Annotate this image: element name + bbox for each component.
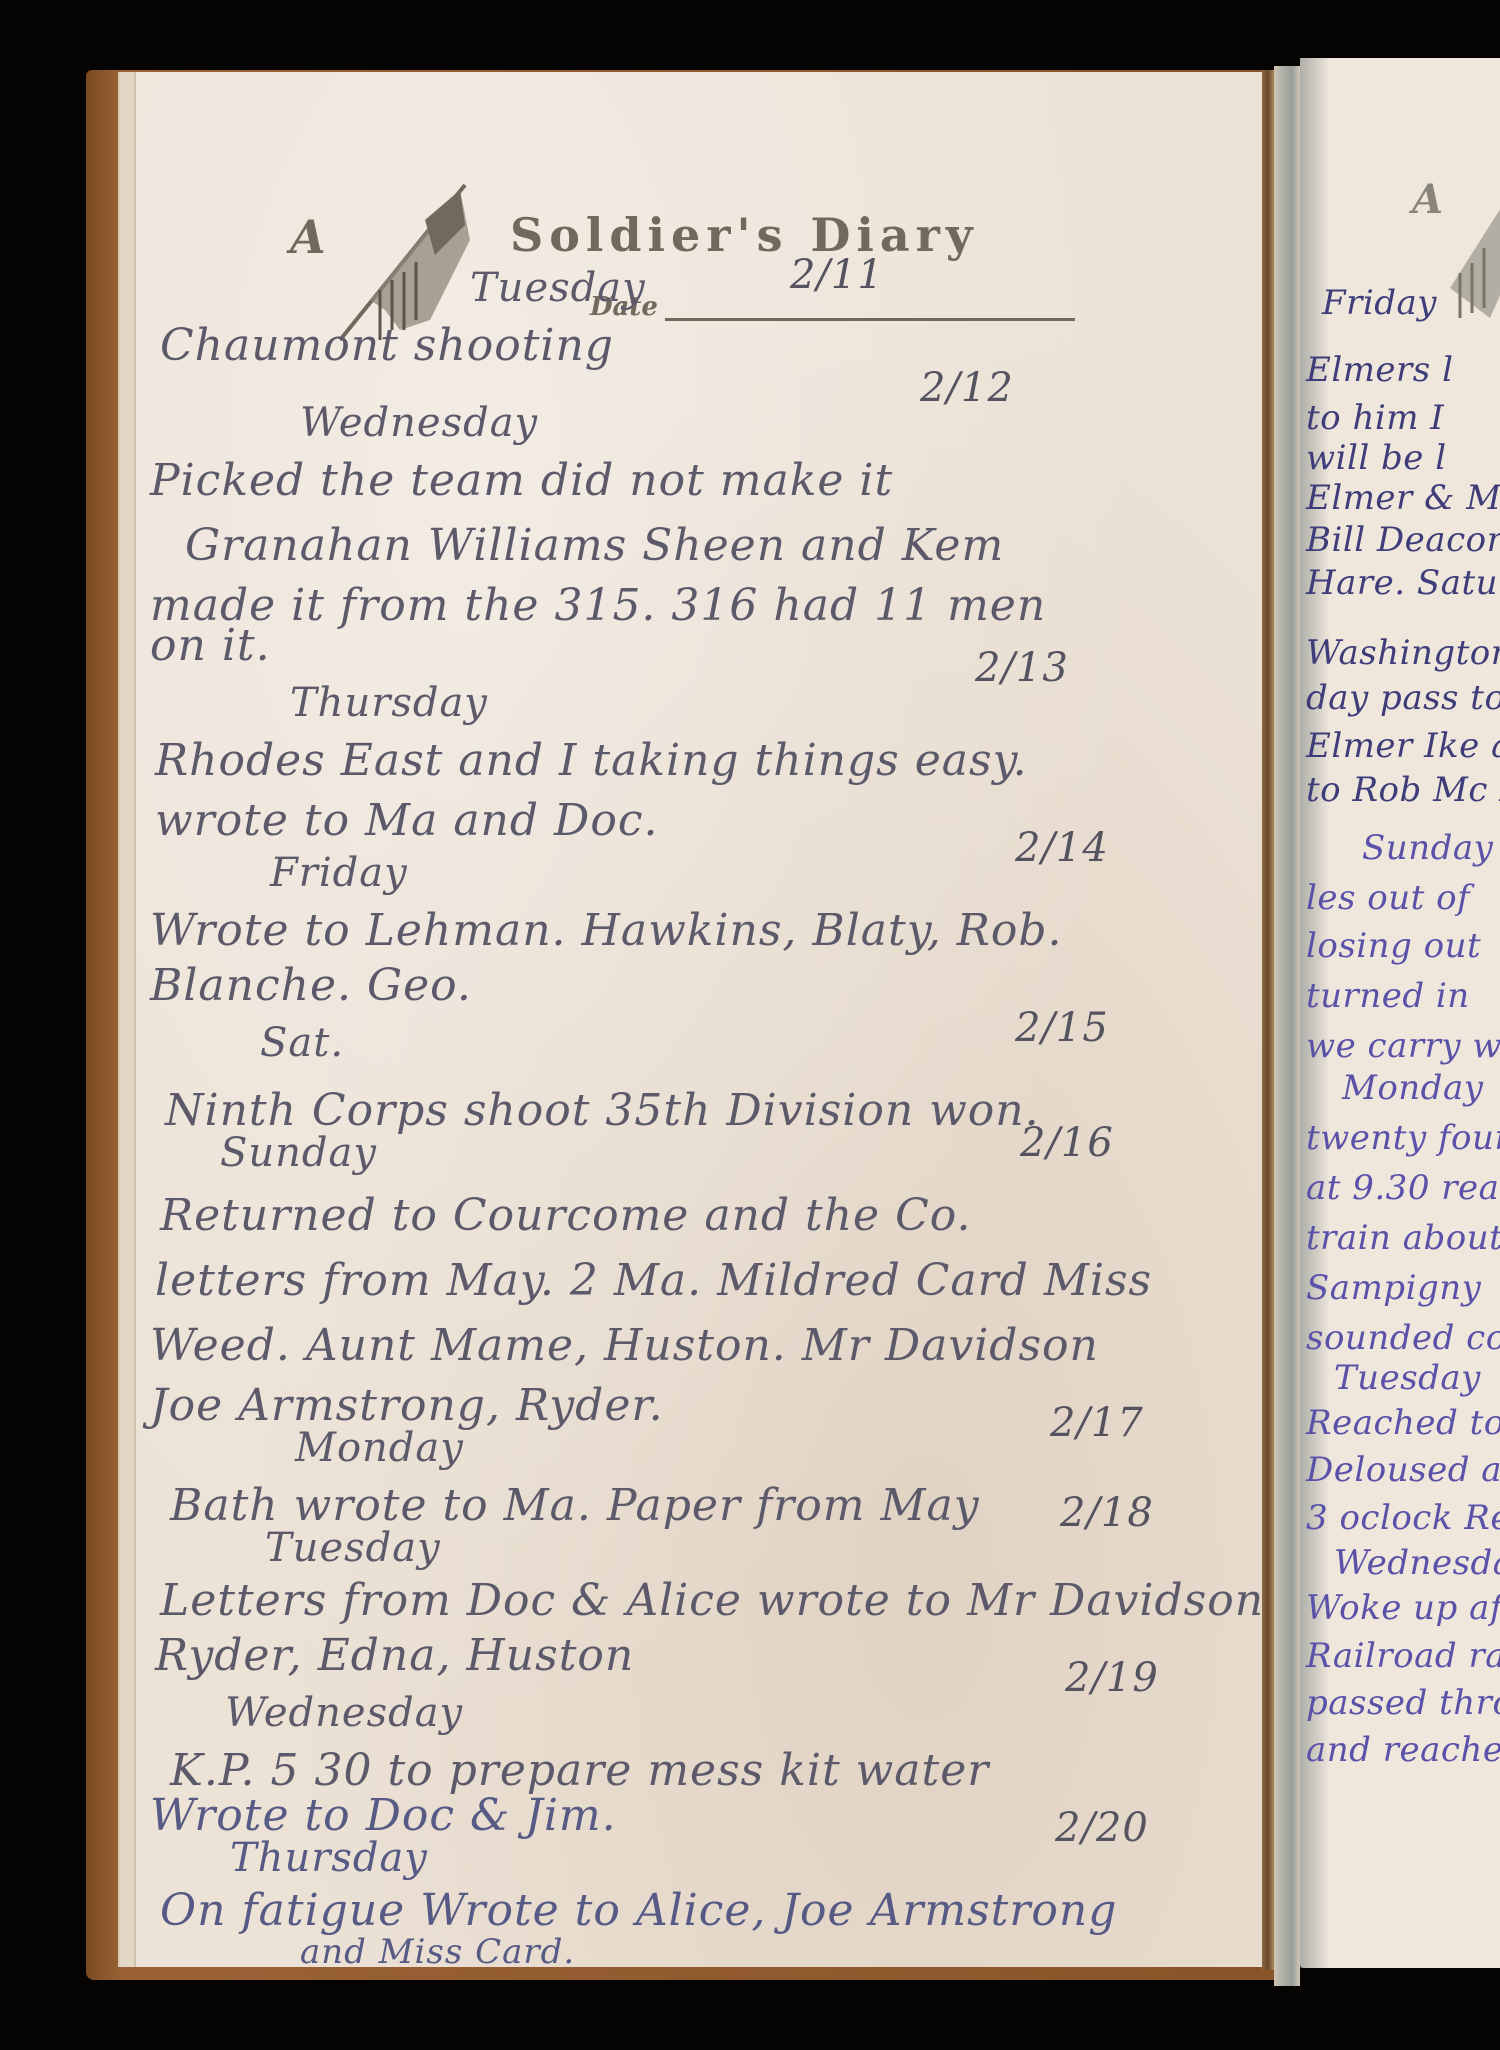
entry-date: 2/18	[1060, 1490, 1154, 1536]
entry-line: Picked the team did not make it	[150, 455, 893, 506]
right-line: Woke up afte	[1306, 1588, 1500, 1628]
right-line: Tuesday	[1334, 1358, 1481, 1398]
entry-day: Tuesday	[470, 265, 646, 311]
right-line: at 9.30 reach	[1306, 1168, 1500, 1208]
entry-line: wrote to Ma and Doc.	[155, 795, 658, 846]
entry-line: and Miss Card.	[300, 1932, 575, 1972]
entry-date: 2/20	[1055, 1805, 1149, 1851]
right-line: we carry w	[1306, 1026, 1500, 1066]
right-line: Elmers l	[1306, 350, 1453, 390]
entry-line: K.P. 5 30 to prepare mess kit water	[170, 1745, 989, 1796]
entry-day: Sunday	[220, 1130, 377, 1176]
right-line: losing out	[1306, 926, 1481, 966]
entry-line: Wrote to Doc & Jim.	[150, 1790, 617, 1841]
right-line: Hare. Satur	[1306, 563, 1500, 603]
entry-line: On fatigue Wrote to Alice, Joe Armstrong	[160, 1885, 1117, 1936]
entry-day: Monday	[295, 1425, 464, 1471]
entry-day: Sat.	[260, 1020, 344, 1066]
entry-line: Ryder, Edna, Huston	[155, 1630, 634, 1681]
right-line: to Rob Mc Ka	[1306, 770, 1500, 810]
entry-date: 2/11	[790, 252, 884, 298]
entry-day: Thursday	[230, 1835, 428, 1881]
printed-prefix: A	[1412, 176, 1443, 223]
right-page-content: A Friday Elmers l to him I will be l Elm…	[1300, 58, 1500, 1968]
entry-day: Wednesday	[225, 1690, 463, 1736]
entry-line: Joe Armstrong, Ryder.	[150, 1380, 664, 1431]
book-gutter	[1274, 66, 1300, 1986]
entry-line: Granahan Williams Sheen and Kem	[185, 520, 1004, 571]
entry-line: Blanche. Geo.	[150, 960, 472, 1011]
right-line: Washingtons	[1306, 633, 1500, 673]
printed-prefix: A	[290, 210, 326, 264]
flag-icon	[1440, 168, 1500, 328]
entry-line: Chaumont shooting	[160, 320, 614, 371]
entry-day: Thursday	[290, 680, 488, 726]
right-line: sounded com	[1306, 1318, 1500, 1358]
right-line: Friday	[1322, 283, 1437, 323]
entry-date: 2/17	[1050, 1400, 1144, 1446]
right-line: Bill Deacon	[1306, 520, 1500, 560]
entry-line: Returned to Courcome and the Co.	[160, 1190, 971, 1241]
entry-line: Wrote to Lehman. Hawkins, Blaty, Rob.	[150, 905, 1062, 956]
right-line: Sunday	[1362, 828, 1493, 868]
page-edge	[1262, 70, 1274, 1970]
right-line: Monday	[1342, 1068, 1483, 1108]
right-line: and reache	[1306, 1730, 1500, 1770]
entry-day: Wednesday	[300, 400, 538, 446]
right-line: Elmer Ike a	[1306, 726, 1500, 766]
right-line: Sampigny	[1306, 1268, 1481, 1308]
entry-line: Rhodes East and I taking things easy.	[155, 735, 1028, 786]
right-line: day pass to	[1306, 678, 1500, 718]
entry-day: Tuesday	[265, 1525, 441, 1571]
entry-line: on it.	[150, 620, 271, 671]
right-line: Deloused an	[1306, 1450, 1500, 1490]
entry-line: Letters from Doc & Alice wrote to Mr Dav…	[160, 1575, 1264, 1626]
entry-line: made it from the 315. 316 had 11 men	[150, 580, 1046, 631]
right-line: les out of	[1306, 878, 1470, 918]
entry-date: 2/14	[1015, 825, 1109, 871]
entry-line: Ninth Corps shoot 35th Division won.	[165, 1085, 1040, 1136]
right-line: twenty four	[1306, 1118, 1500, 1158]
date-line	[665, 318, 1075, 321]
right-line: will be l	[1306, 438, 1447, 478]
right-line: to him I	[1306, 398, 1444, 438]
entry-date: 2/12	[920, 365, 1014, 411]
entry-date: 2/15	[1015, 1005, 1109, 1051]
right-line: train about	[1306, 1218, 1500, 1258]
right-line: Railroad ra	[1306, 1636, 1500, 1676]
printed-title: Soldier's Diary	[510, 208, 979, 262]
right-line: passed thro	[1306, 1683, 1500, 1723]
printed-header: A Soldier's Diary Date	[280, 200, 1100, 330]
right-line: 3 oclock Re	[1306, 1498, 1500, 1538]
entry-date: 2/19	[1065, 1655, 1159, 1701]
entry-day: Friday	[270, 850, 408, 896]
right-line: turned in	[1306, 976, 1470, 1016]
right-line: Elmer & Ma	[1306, 478, 1500, 518]
entry-line: Weed. Aunt Mame, Huston. Mr Davidson	[150, 1320, 1099, 1371]
entry-line: letters from May. 2 Ma. Mildred Card Mis…	[155, 1255, 1152, 1306]
entry-date: 2/16	[1020, 1120, 1114, 1166]
entry-date: 2/13	[975, 645, 1069, 691]
right-line: Wednesday	[1334, 1543, 1500, 1583]
entry-line: Bath wrote to Ma. Paper from May	[170, 1480, 980, 1531]
right-line: Reached to	[1306, 1403, 1500, 1443]
